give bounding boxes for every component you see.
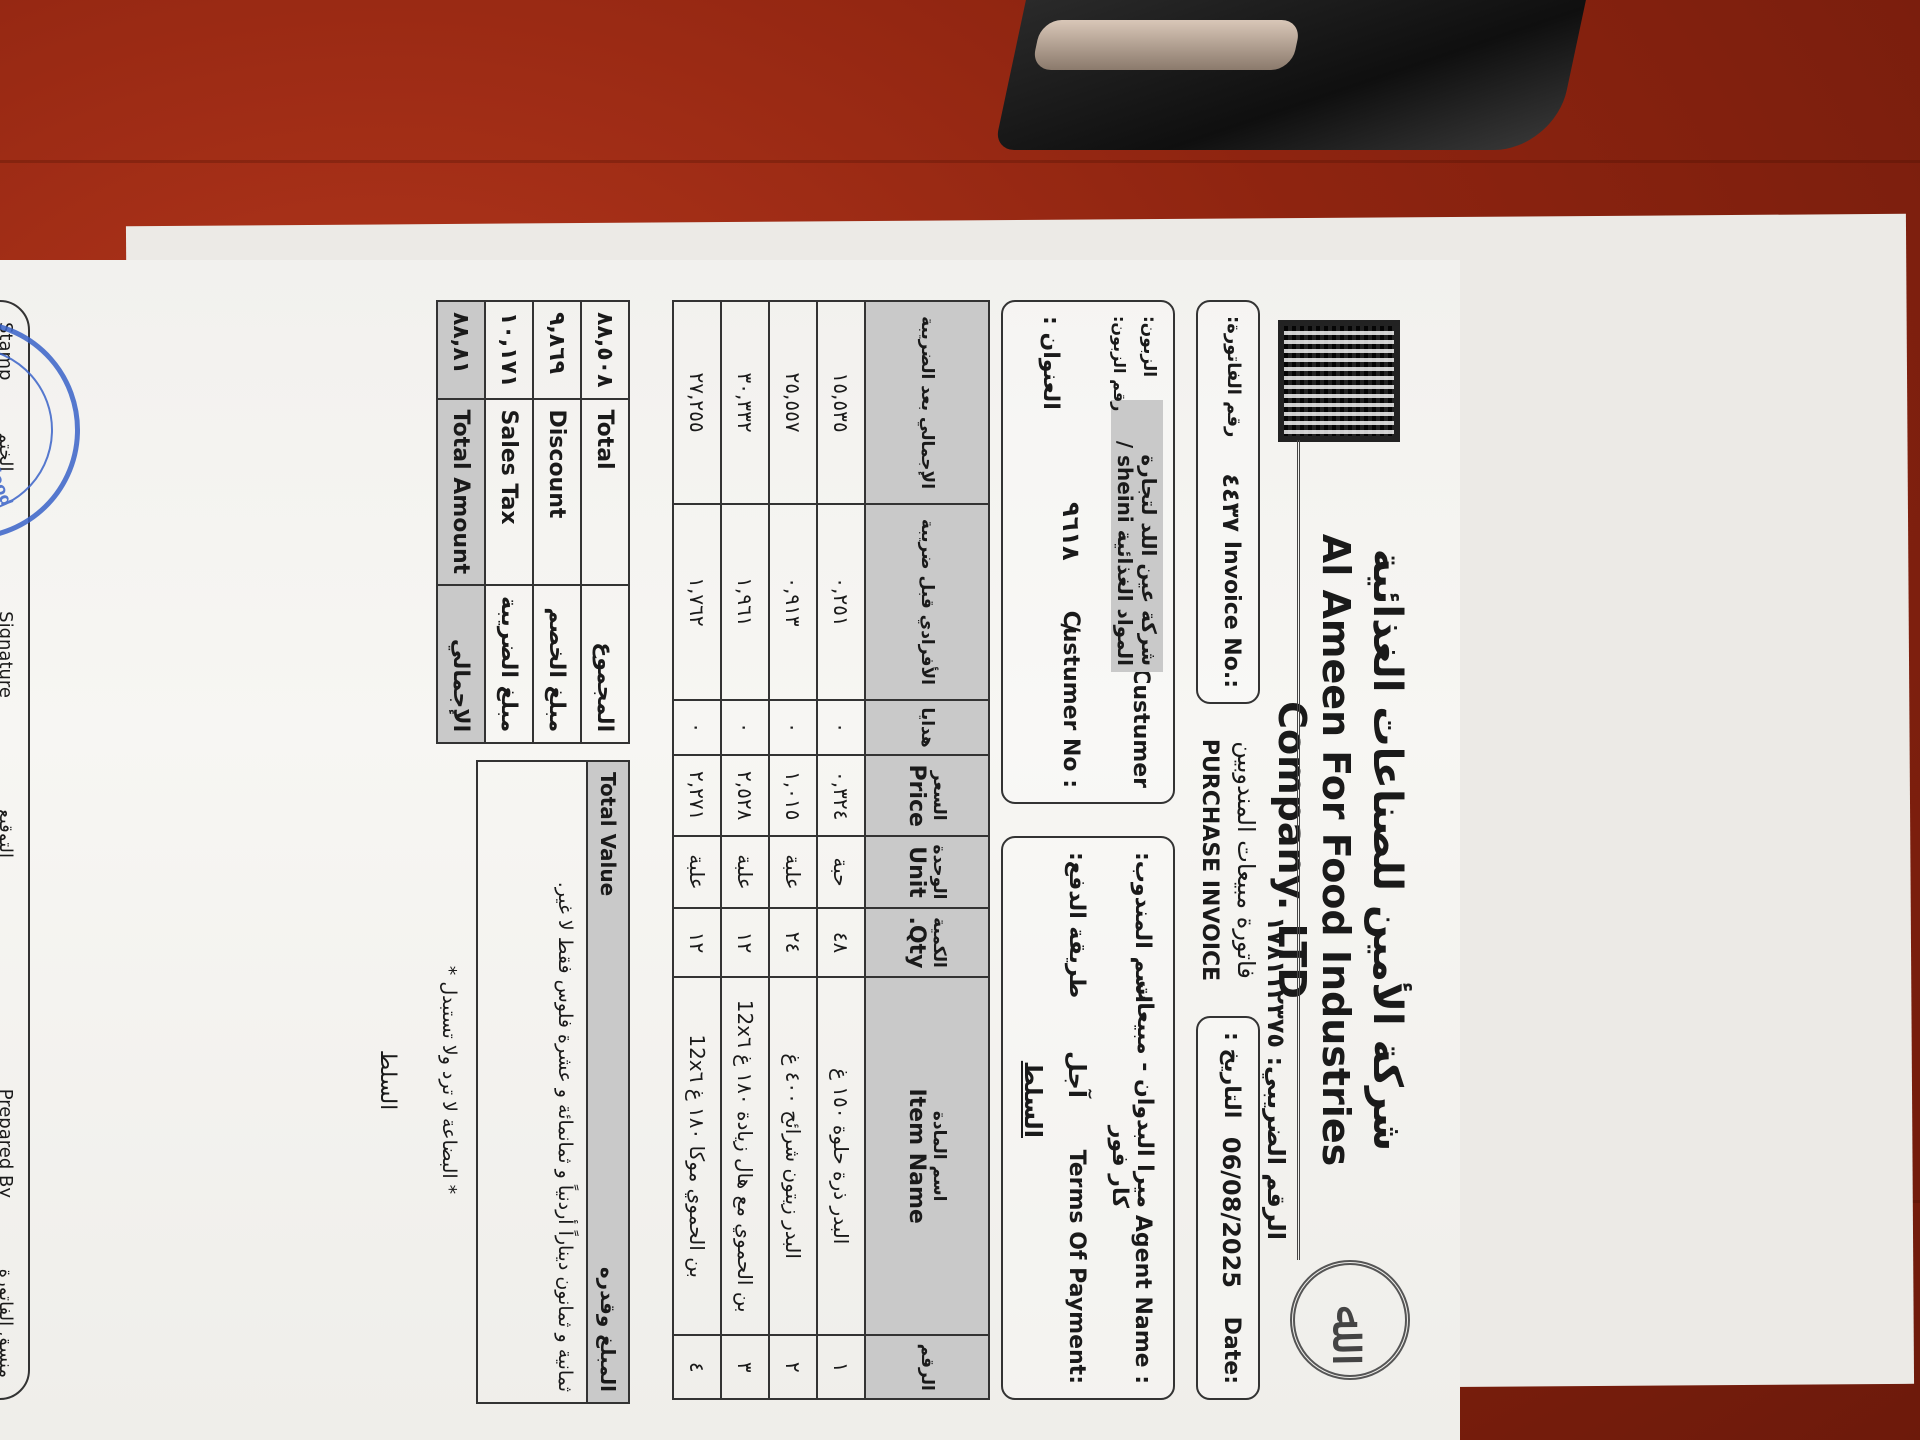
agent-name-label-ar: اسم المندوب: [1130,852,1155,1003]
cell-qty: ٤٨ [817,908,865,977]
table-row: ٢البدر زيتون شرائح ٤٠٠ غ٢٤علبة١,٠١٥٠٠,٩١… [769,301,817,1399]
customer-name-value: شركة عين اللد لتجارة المواد الغذائية she… [1111,400,1163,672]
customer-number-value: ٩٦١٨ [1057,502,1085,561]
cell-total-after-tax: ٢٧,٢٥٥ [673,301,721,504]
prepared-label-en: Prepared By [0,1089,16,1198]
cell-no: ١ [817,1335,865,1399]
cell-no: ٤ [673,1335,721,1399]
customer-address-label: العنوان : [1038,316,1063,410]
column-header: الإجمالي بعد الضريبة [865,301,989,504]
column-header: اسم المادةItem Name [865,977,989,1336]
totals-table: ٨٨,٥٠٨Totalالمجموع٩,٨٦٩Discountمبلغ الخص… [436,300,630,744]
tax-value: ١٧٨١١٢٣٧٥ [1262,916,1290,1048]
column-header-ar: الإجمالي بعد الضريبة [917,306,937,499]
totals-label-ar: المجموع [581,585,629,743]
date-label-ar: التاريخ : [1219,1032,1244,1118]
column-header: السعرPrice [865,755,989,836]
terms-label-en: Terms Of Payment: [1064,1150,1089,1384]
column-header: الكميةQty. [865,908,989,977]
invoice-title-ar: فاتورة مبيعات المندوبين [1232,730,1260,990]
agent-name-label-en: Agent Name : [1130,1215,1155,1384]
column-header-ar: الأفرادي قبل ضريبة [917,509,937,695]
cell-gifts: ٠ [769,700,817,756]
table-grain [0,160,1920,163]
totals-row: ٩,٨٦٩Discountمبلغ الخصم [533,301,581,743]
column-header: هدايا [865,700,989,756]
prepared-label-ar: منسق الفاتورة [0,1269,16,1378]
date-value: 06/08/2025 [1217,1137,1245,1288]
invoice-sheet: ﷲ شركة الأمين للصناعات الغذائية Al Ameen… [0,260,1460,1440]
cell-name: بن الحموي موكا ١٨٠ غ 12x٦ [673,977,721,1336]
region-value: السلط [1019,1061,1047,1138]
customer-number-suffix: / [1057,623,1085,632]
column-header-ar: الرقم [917,1340,937,1394]
column-header-en: Price [905,760,930,831]
totals-label-ar: الإجمالي [437,585,485,743]
terms-label-ar: طريقة الدفع: [1064,852,1089,998]
totals-value: ٨٨,٥٠٨ [581,301,629,399]
cell-name: البدر زيتون شرائح ٤٠٠ غ [769,977,817,1336]
totals-label-en: Discount [533,399,581,586]
stapler-blade [1031,20,1302,70]
totals-label-en: Sales Tax [485,399,533,586]
invoice-number-value: ٤٤٣٧ [1217,473,1245,532]
customer-number-label-en: Custumer No : [1058,611,1083,788]
stapler-object [994,0,1586,150]
column-header-ar: هدايا [917,705,937,751]
cell-price: ٠,٣٢٤ [817,755,865,836]
cell-total-after-tax: ١٥,٥٣٥ [817,301,865,504]
totals-value: ٩,٨٦٩ [533,301,581,399]
column-header-ar: السعر [930,760,950,831]
prepared-signature-en: Signature [0,611,16,698]
totals-row: ٨٨,٥٠٨Totalالمجموع [581,301,629,743]
cell-name: بن الحموي مع هال زيادة ١٨٠ غ 12x٦ [721,977,769,1336]
cell-qty: ١٢ [721,908,769,977]
column-header: الأفرادي قبل ضريبة [865,504,989,700]
cell-no: ٣ [721,1335,769,1399]
date-label-en: Date: [1219,1317,1244,1384]
cell-qty: ١٢ [673,908,721,977]
cell-gifts: ٠ [673,700,721,756]
region-note: السلط [375,760,400,1400]
date-box: Date: 06/08/2025 التاريخ : [1196,1016,1260,1400]
cell-unit-before-tax: ٠,٢٥١ [817,504,865,700]
invoice-number-label-en: Invoice No.: [1219,541,1244,688]
total-value-label-ar: المبلغ وقدره [596,1267,620,1392]
agent-name-value: ميرا البدوان - مبيعات كار فور [1107,978,1157,1208]
totals-value: ٨٨,٨١ [437,301,485,399]
invoice-number-box: Invoice No.: ٤٤٣٧ رقم الفاتورة: [1196,300,1260,704]
amount-in-words: ثمانية و ثمانون ديناراً أردنياً و ثمانما… [544,762,586,1402]
column-header-en: Item Name [905,982,930,1331]
cell-price: ٢,٥٢٨ [721,755,769,836]
cell-price: ٢,٢٧١ [673,755,721,836]
invoice-title-en: PURCHASE INVOICE [1197,730,1222,990]
customer-label-en: Custumer [1128,668,1153,788]
calligraphy-logo-icon: ﷲ [1290,1260,1410,1380]
column-header: الوحدةUnit [865,836,989,908]
totals-label-en: Total Amount [437,399,485,586]
cell-gifts: ٠ [817,700,865,756]
cell-unit-before-tax: ٠,٩١٣ [769,504,817,700]
cell-no: ٢ [769,1335,817,1399]
customer-number-label-ar: رقم الزبون: [1110,316,1129,411]
header-divider [1297,440,1300,1260]
tax-label: الرقم الضريبي: [1262,1056,1290,1240]
qr-code-icon [1278,320,1400,442]
returns-note: * البضاعة لا ترد ولا تستبدل * [438,760,460,1400]
column-header-en: Qty. [905,913,930,972]
cell-gifts: ٠ [721,700,769,756]
column-header: الرقم [865,1335,989,1399]
company-name-ar: شركة الأمين للصناعات الغذائية [1364,460,1410,1240]
cell-unit-before-tax: ١,٩٦١ [721,504,769,700]
table-row: ١البدر ذرة حلوة ١٥٠ غ٤٨حبة٠,٣٢٤٠٠,٢٥١١٥,… [817,301,865,1399]
totals-label-ar: مبلغ الخصم [533,585,581,743]
totals-row: ٨٨,٨١Total Amountالإجمالي [437,301,485,743]
cell-unit: حبة [817,836,865,908]
column-header-ar: الكمية [930,913,950,972]
totals-row: ١٠,١٧١Sales Taxمبلغ الضريبة [485,301,533,743]
table-row: ٣بن الحموي مع هال زيادة ١٨٠ غ 12x٦١٢علبة… [721,301,769,1399]
prepared-signature-ar: التوقيع [0,809,16,858]
cell-total-after-tax: ٣٠,٣٣٢ [721,301,769,504]
amount-in-words-box: Total Value المبلغ وقدره ثمانية و ثمانون… [476,760,630,1404]
terms-value: آجل [1063,1051,1091,1098]
items-table: الرقماسم المادةItem NameالكميةQty.الوحدة… [672,300,990,1400]
cell-unit: علبة [769,836,817,908]
invoice-number-label-ar: رقم الفاتورة: [1223,316,1244,437]
tax-number: الرقم الضريبي: ١٧٨١١٢٣٧٥ [1262,916,1290,1240]
table-row: ٤بن الحموي موكا ١٨٠ غ 12x٦١٢علبة٢,٢٧١٠١,… [673,301,721,1399]
column-header-en: Unit [905,841,930,903]
totals-label-ar: مبلغ الضريبة [485,585,533,743]
cell-total-after-tax: ٢٥,٥٥٧ [769,301,817,504]
cell-qty: ٢٤ [769,908,817,977]
customer-label-ar: الزبون: [1139,316,1159,377]
company-stamp-icon: Al-Ameen for Food Industries Company [0,289,111,571]
cell-unit: علبة [673,836,721,908]
cell-price: ١,٠١٥ [769,755,817,836]
cell-unit: علبة [721,836,769,908]
cell-name: البدر ذرة حلوة ١٥٠ غ [817,977,865,1336]
customer-box: Custumer شركة عين اللد لتجارة المواد الغ… [1001,300,1175,804]
totals-value: ١٠,١٧١ [485,301,533,399]
totals-label-en: Total [581,399,629,586]
column-header-ar: الوحدة [930,841,950,903]
total-value-label-en: Total Value [596,772,620,896]
cell-unit-before-tax: ١,٧٦٢ [673,504,721,700]
column-header-ar: اسم المادة [930,982,950,1331]
agent-box: Agent Name : ميرا البدوان - مبيعات كار ف… [1001,836,1175,1400]
